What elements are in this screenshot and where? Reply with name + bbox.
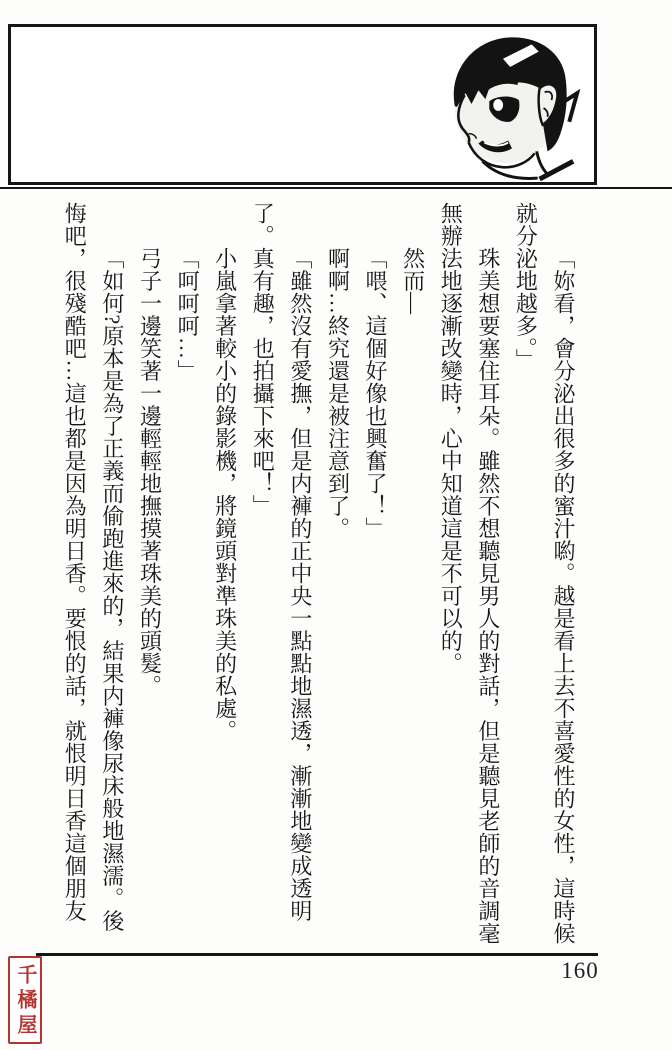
text-column: 「呵呵呵…」 (168, 202, 206, 954)
publisher-seal: 千橘屋 (8, 956, 42, 1044)
text-column: 啊啊…終究還是被注意到了。 (319, 202, 357, 954)
text-column: 就分泌地越多。」 (507, 202, 545, 954)
text-column: 「雖然沒有愛撫，但是内褲的正中央一點點地濕透，漸漸地變成透明 (281, 202, 319, 954)
publisher-seal-text: 千橘屋 (12, 964, 38, 1039)
text-column: 小嵐拿著較小的錄影機，將鏡頭對準珠美的私處。 (206, 202, 244, 954)
text-column: 「妳看，會分泌出很多的蜜汁喲。越是看上去不喜愛性的女性，這時候 (544, 202, 582, 954)
character-face-illustration (442, 31, 582, 181)
text-column: 「喂、這個好像也興奮了！」 (356, 202, 394, 954)
vertical-text-body: 「妳看，會分泌出很多的蜜汁喲。越是看上去不喜愛性的女性，這時候就分泌地越多。」珠… (56, 202, 582, 954)
text-column: 然而— (394, 202, 432, 954)
page-number: 160 (548, 958, 612, 984)
header-illustration-panel (8, 24, 597, 185)
panel-divider-line (0, 187, 672, 189)
text-column: 「如何?原本是為了正義而偷跑進來的，結果内褲像尿床般地濕濡。後 (93, 202, 131, 954)
text-column: 珠美想要塞住耳朵。雖然不想聽見男人的對話，但是聽見老師的音調毫 (469, 202, 507, 954)
text-column: 了。真有趣，也拍攝下來吧！」 (244, 202, 282, 954)
text-column: 悔吧，很殘酷吧…這也都是因為明日香。要恨的話，就恨明日香這個朋友 (56, 202, 94, 954)
footer-rule (36, 953, 598, 956)
text-column: 無辦法地逐漸改變時，心中知道這是不可以的。 (432, 202, 470, 954)
text-column: 弓子一邊笑著一邊輕輕地撫摸著珠美的頭髮。 (131, 202, 169, 954)
